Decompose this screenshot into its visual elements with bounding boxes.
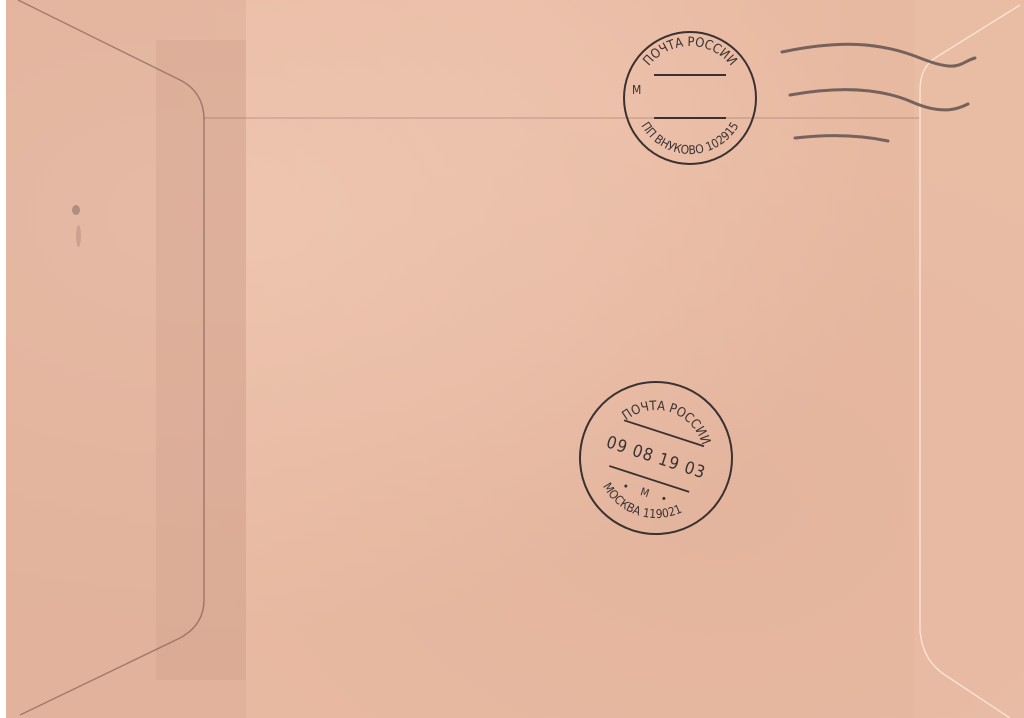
postmark-arrival-date: 09 08 19 03: [604, 433, 709, 484]
postmark-arrival: ПОЧТА РОССИИ МОСКВА 119021 09 08 19 03 М: [560, 362, 752, 554]
right-flap-line: [920, 5, 1020, 718]
postmark-origin-bottom-text: ПП ВНУКОВО 102915: [639, 119, 742, 157]
postmark-arrival-bottom-text: МОСКВА 119021: [595, 477, 687, 531]
svg-text:МОСКВА 119021: МОСКВА 119021: [595, 477, 687, 531]
postmark-origin-side-letter: М: [632, 83, 641, 97]
flap-fold-lines: [18, 0, 920, 715]
svg-text:ПП ВНУКОВО 102915: ПП ВНУКОВО 102915: [639, 119, 742, 157]
postmark-arrival-letter: М: [639, 485, 651, 500]
svg-text:ПОЧТА РОССИИ: ПОЧТА РОССИИ: [641, 35, 740, 69]
envelope-markings: ПОЧТА РОССИИ ПП ВНУКОВО 102915 М ПОЧТА Р…: [0, 0, 1024, 718]
postmark-origin: ПОЧТА РОССИИ ПП ВНУКОВО 102915 М: [624, 32, 756, 164]
postmark-origin-top-text: ПОЧТА РОССИИ: [641, 35, 740, 69]
cancellation-waves: [782, 44, 975, 141]
